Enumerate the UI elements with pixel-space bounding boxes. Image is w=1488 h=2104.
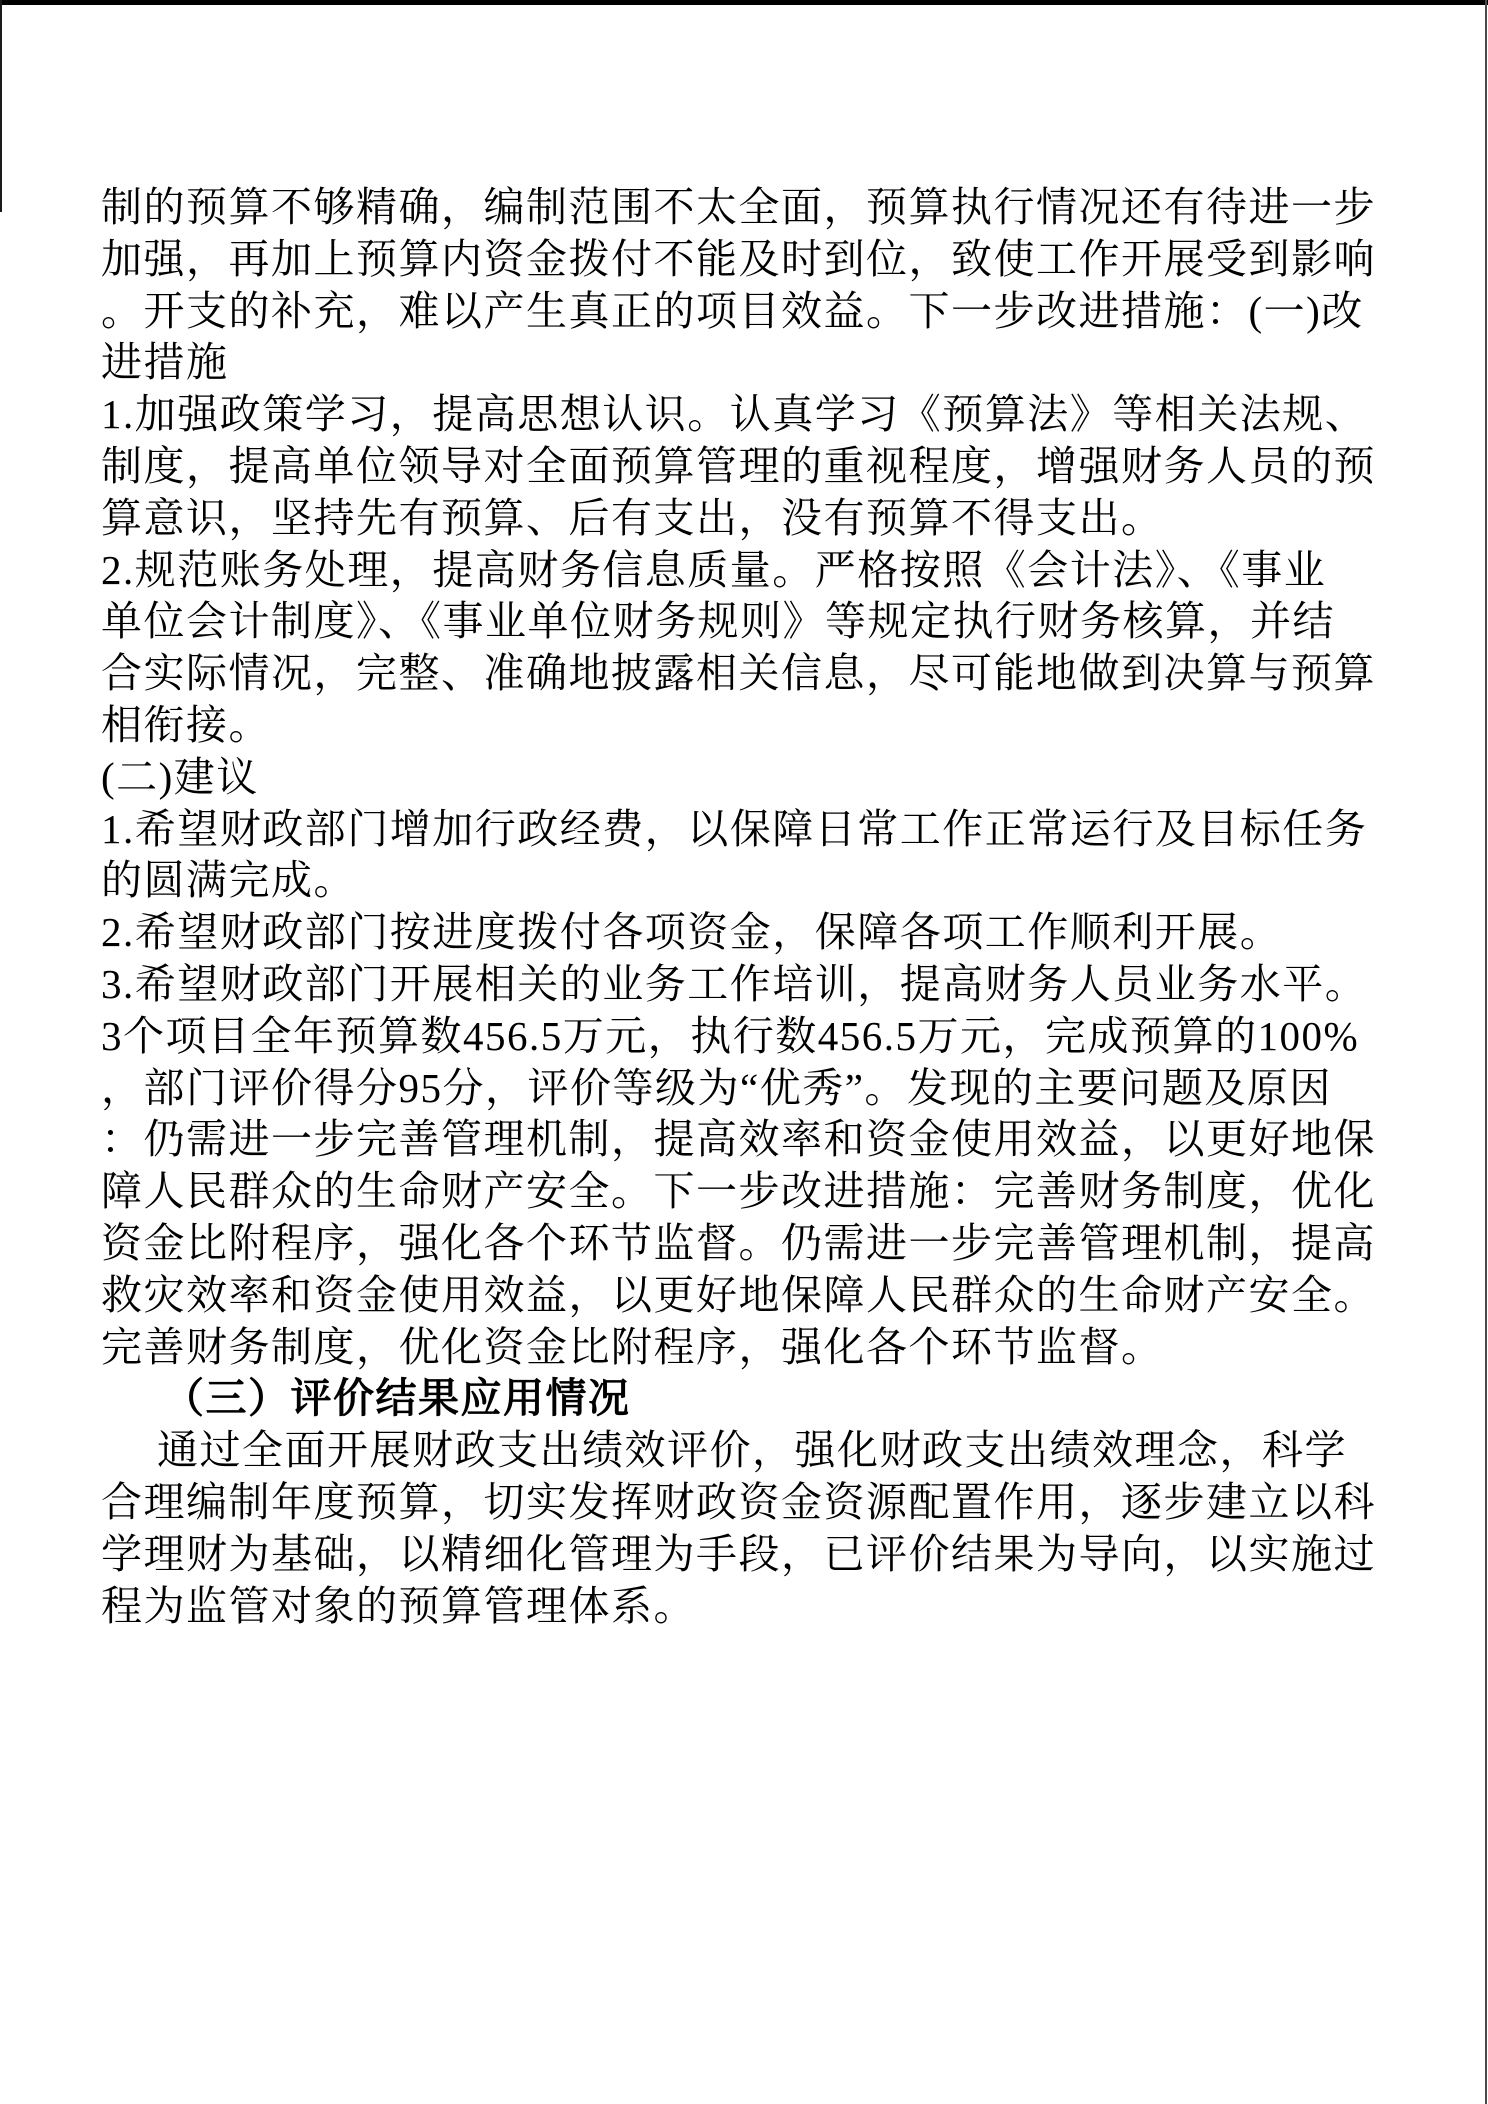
text-line: 单位会计制度》、《事业单位财务规则》等规定执行财务核算，并结 <box>101 596 1393 648</box>
text-line: 合理编制年度预算，切实发挥财政资金资源配置作用，逐步建立以科 <box>101 1477 1393 1529</box>
text-line: (二)建议 <box>101 752 1393 804</box>
section-heading: （三）评价结果应用情况 <box>101 1373 1393 1425</box>
page-right-edge <box>1485 0 1487 2104</box>
document-text: 制的预算不够精确，编制范围不太全面，预算执行情况还有待进一步 加强，再加上预算内… <box>101 182 1393 1632</box>
text-line: 障人民群众的生命财产安全。下一步改进措施：完善财务制度，优化 <box>101 1166 1393 1218</box>
text-line: 算意识，坚持先有预算、后有支出，没有预算不得支出。 <box>101 493 1393 545</box>
text-line: 2.希望财政部门按进度拨付各项资金，保障各项工作顺利开展。 <box>101 907 1393 959</box>
text-line: 资金比附程序，强化各个环节监督。仍需进一步完善管理机制，提高 <box>101 1218 1393 1270</box>
text-line: 1.加强政策学习，提高思想认识。认真学习《预算法》等相关法规、 <box>101 389 1393 441</box>
text-line: 相衔接。 <box>101 700 1393 752</box>
text-line: ，部门评价得分95分，评价等级为“优秀”。发现的主要问题及原因 <box>101 1063 1393 1115</box>
text-line: 3.希望财政部门开展相关的业务工作培训，提高财务人员业务水平。 <box>101 959 1393 1011</box>
text-line: 进措施 <box>101 337 1393 389</box>
text-line: 的圆满完成。 <box>101 855 1393 907</box>
text-line: 合实际情况，完整、准确地披露相关信息，尽可能地做到决算与预算 <box>101 648 1393 700</box>
text-line: 完善财务制度，优化资金比附程序，强化各个环节监督。 <box>101 1322 1393 1374</box>
page-left-edge <box>0 0 2 212</box>
page-top-edge <box>0 0 1488 5</box>
text-line: 通过全面开展财政支出绩效评价，强化财政支出绩效理念，科学 <box>101 1425 1393 1477</box>
text-line: 加强，再加上预算内资金拨付不能及时到位，致使工作开展受到影响 <box>101 234 1393 286</box>
text-line: 1.希望财政部门增加行政经费，以保障日常工作正常运行及目标任务 <box>101 804 1393 856</box>
text-line: 。开支的补充，难以产生真正的项目效益。下一步改进措施：(一)改 <box>101 286 1393 338</box>
text-line: 制的预算不够精确，编制范围不太全面，预算执行情况还有待进一步 <box>101 182 1393 234</box>
text-line: 3个项目全年预算数456.5万元，执行数456.5万元，完成预算的100% <box>101 1011 1393 1063</box>
text-line: 程为监管对象的预算管理体系。 <box>101 1581 1393 1633</box>
text-line: 救灾效率和资金使用效益，以更好地保障人民群众的生命财产安全。 <box>101 1270 1393 1322</box>
text-line: 学理财为基础，以精细化管理为手段，已评价结果为导向，以实施过 <box>101 1529 1393 1581</box>
text-line: ：仍需进一步完善管理机制，提高效率和资金使用效益，以更好地保 <box>101 1114 1393 1166</box>
text-line: 2.规范账务处理，提高财务信息质量。严格按照《会计法》、《事业 <box>101 545 1393 597</box>
text-line: 制度，提高单位领导对全面预算管理的重视程度，增强财务人员的预 <box>101 441 1393 493</box>
